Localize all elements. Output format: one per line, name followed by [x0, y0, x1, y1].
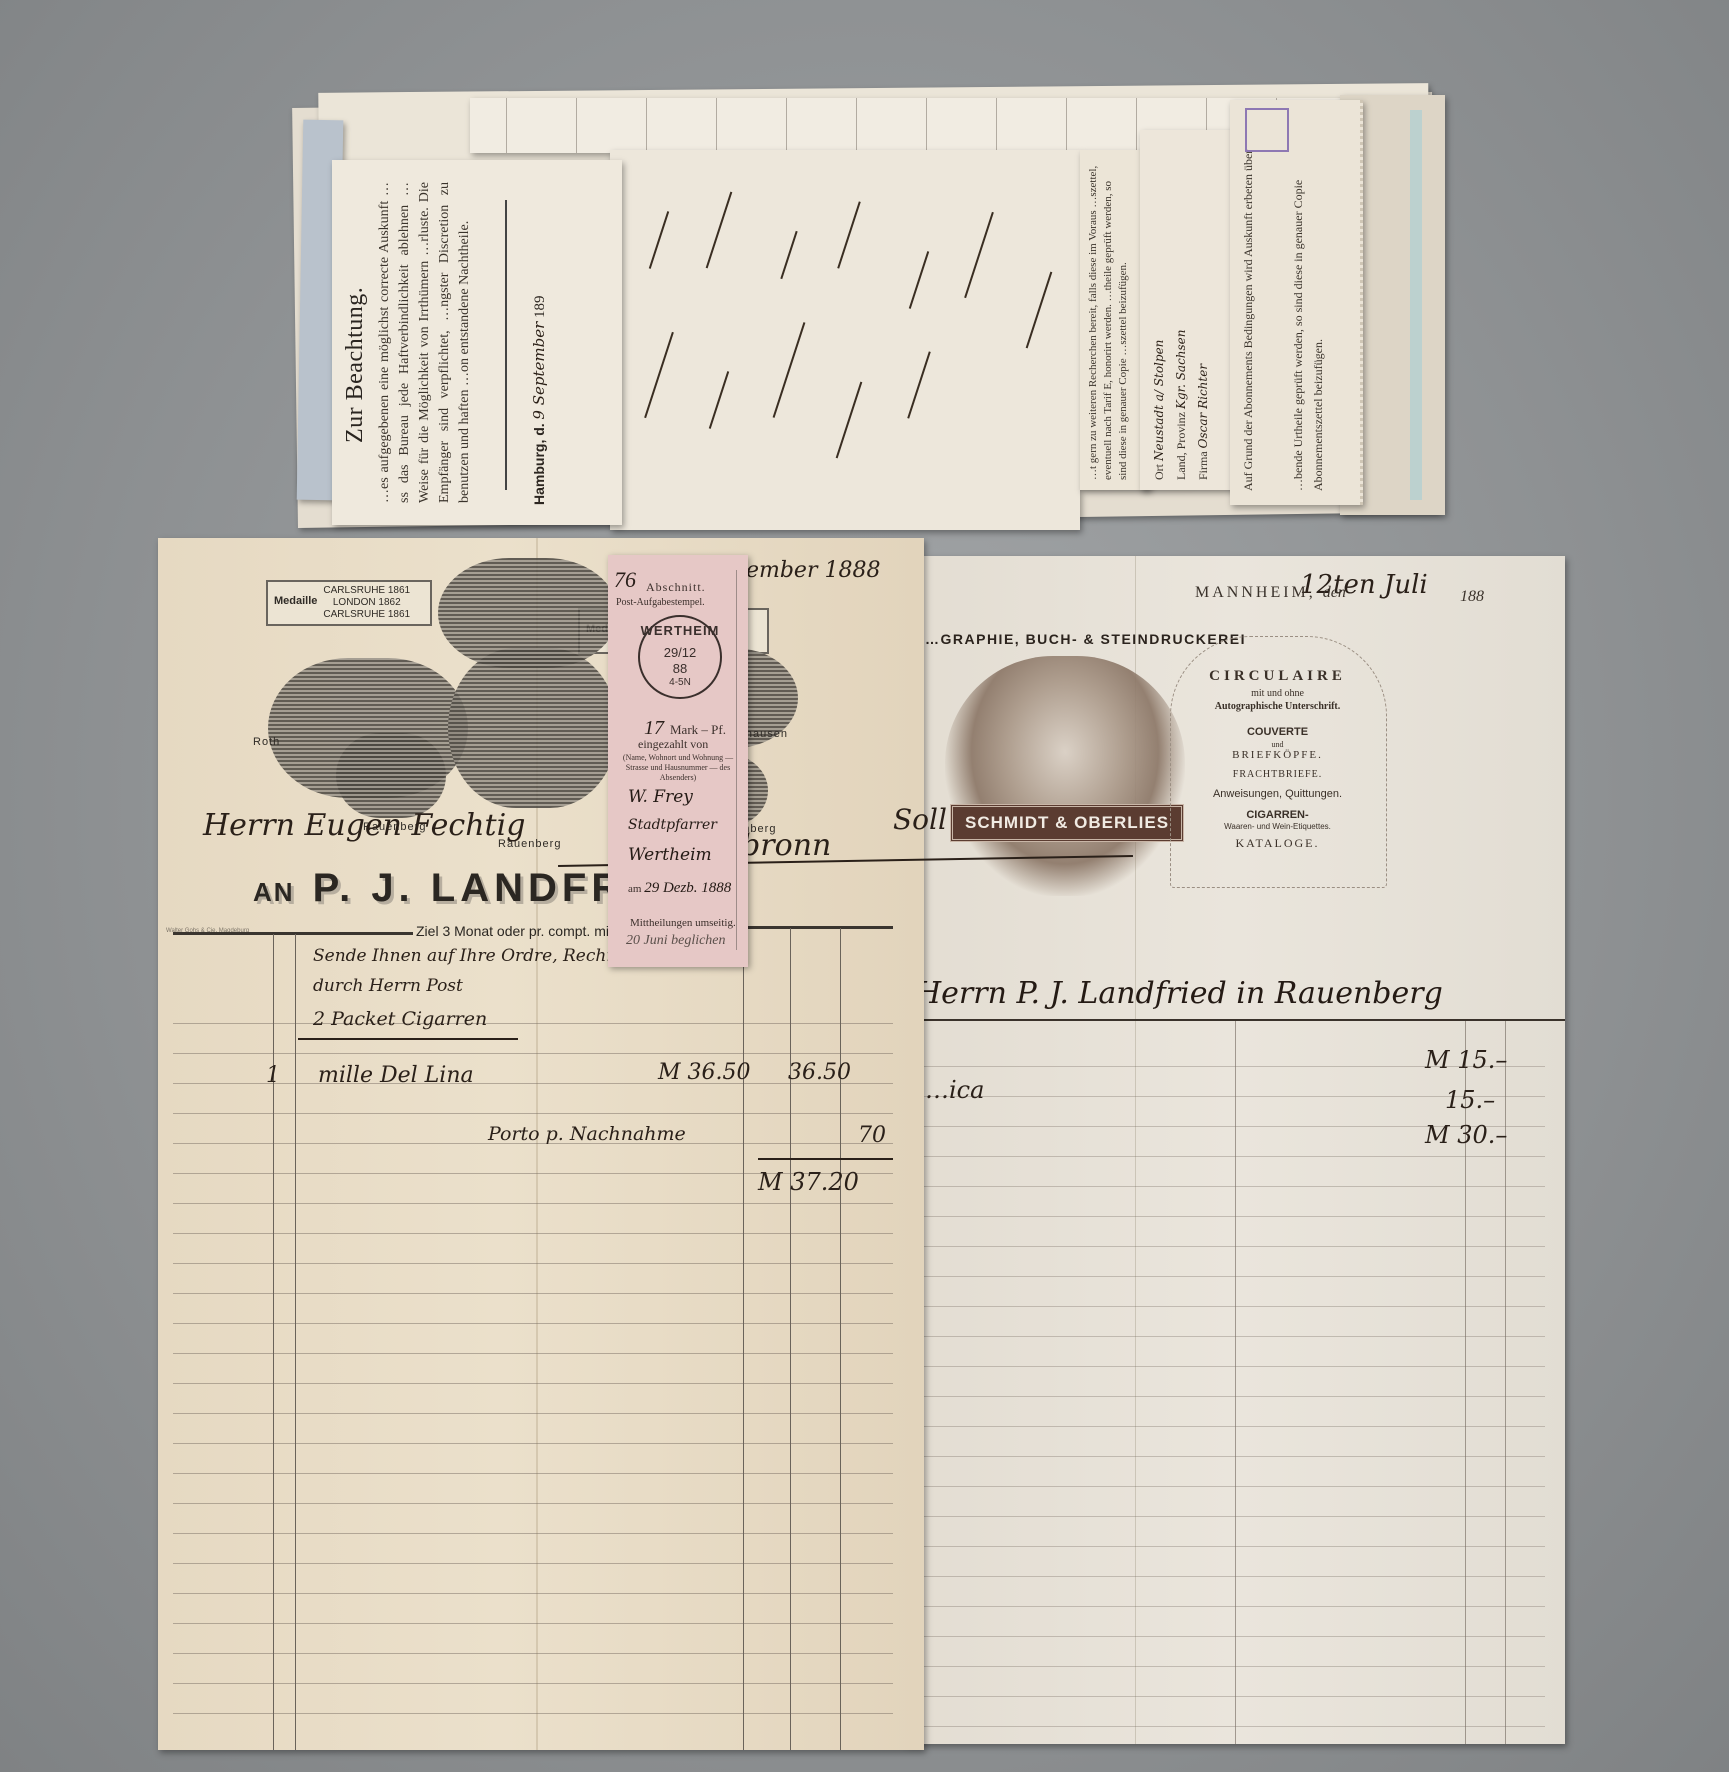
clause-text: …t gern zu weiteren Recherchen bereit, f…	[1087, 166, 1129, 480]
line-item-text: mille Del Lina	[318, 1063, 474, 1088]
printing-house-title: …GRAPHIE, BUCH- & STEINDRUCKEREI	[925, 631, 1246, 647]
label-province: Land, Provinz	[1174, 412, 1188, 480]
postal-receipt: 76 Abschnitt. Post-Aufgabestempel. WERTH…	[608, 555, 748, 967]
notes-hw: 20 Juni beglichen	[626, 933, 726, 949]
label-ort: Ort	[1152, 464, 1166, 480]
line-qty: 1	[266, 1063, 280, 1088]
service-item: Anweisungen, Quittungen.	[1170, 788, 1385, 800]
total-rule	[758, 1158, 893, 1160]
service-item: BRIEFKÖPFE.	[1170, 749, 1385, 761]
packages-underline	[298, 1038, 518, 1040]
place-line: MANNHEIM, den	[1195, 584, 1346, 602]
medal-banner-left: Medaille CARLSRUHE 1861 LONDON 1862 CARL…	[266, 580, 432, 626]
vignette-label: Roth	[253, 736, 280, 748]
value-firm: Oscar Richter	[1196, 364, 1210, 448]
receipt-subheading: Post-Aufgabestempel.	[616, 597, 705, 608]
notice-title: Zur Beachtung.	[342, 182, 369, 443]
value-province: Kgr. Sachsen	[1174, 329, 1188, 409]
line-item-amount: M 15.–	[1425, 1046, 1507, 1074]
invoice-total: M 37.20	[758, 1168, 859, 1196]
line-item-amount: 15.–	[1445, 1086, 1495, 1114]
year-prefix: 188	[1460, 588, 1484, 606]
column-line	[840, 928, 841, 1750]
service-item: KATALOGE.	[1170, 836, 1385, 851]
back-form-clause: …bende Urtheile geprüft werden, so sind …	[1288, 114, 1328, 491]
receipt-number-hw: 76	[614, 567, 636, 593]
service-item: CIGARREN-	[1170, 809, 1385, 821]
paid-in-label: eingezahlt von	[638, 737, 708, 752]
year: 189	[532, 295, 548, 318]
divider-line	[505, 200, 507, 490]
notes-label: Mittheilungen umseitig.	[630, 917, 736, 929]
line-postage: Porto p. Nachnahme	[488, 1123, 686, 1145]
recipient-name-hw: Eugen Fechtig	[304, 808, 525, 843]
medal-entry: LONDON 1862	[323, 597, 410, 609]
paid-in-note: (Name, Wohnort und Wohnung — Strasse und…	[614, 753, 742, 783]
line-carrier: durch Herrn Post	[313, 976, 463, 996]
column-line	[273, 934, 274, 1750]
receipt-date: am 29 Dezb. 1888	[628, 880, 731, 897]
column-line	[295, 934, 296, 1750]
recipient-line: Herrn Eugen Fechtig	[203, 808, 525, 843]
amount-hw: 17	[644, 717, 664, 739]
place: MANNHEIM,	[1195, 584, 1316, 601]
line-item-text: …ica	[925, 1076, 984, 1104]
subscription-form: Auf Grund der Abonnements Bedingungen wi…	[1230, 100, 1363, 505]
factory-vignette-rauenberg	[336, 733, 446, 818]
invoice-year: 1888	[824, 558, 880, 583]
recipient-hw: Herrn P. J. Landfried in Rauenberg	[915, 976, 1443, 1011]
receipt-heading: Abschnitt.	[646, 580, 706, 595]
handwritten-letter	[610, 150, 1080, 530]
schmidt-oberlies-invoice: 12ten Juli MANNHEIM, den 188 …GRAPHIE, B…	[905, 556, 1565, 1744]
landfried-invoice: 29 December 1888 Medaille CARLSRUHE 1861…	[158, 538, 924, 1750]
firm-plaque: SCHMIDT & OBERLIES	[950, 804, 1184, 842]
service-item: Waaren- und Wein-Etiquettes.	[1170, 822, 1385, 831]
den-label: den	[1323, 584, 1346, 601]
line-packages: 2 Packet Cigarren	[313, 1008, 487, 1030]
service-item: Autographische Unterschrift.	[1170, 701, 1385, 712]
credit-inquiry-form: Ort Neustadt a/ Stolpen Land, Provinz Kg…	[1140, 130, 1235, 490]
service-item: FRACHTBRIEFE.	[1170, 769, 1385, 780]
medal-entry: CARLSRUHE 1861	[323, 609, 410, 621]
recipient-prefix: Herrn	[203, 808, 295, 843]
postmark-time: 4-5N	[640, 677, 720, 688]
angel-engraving	[945, 656, 1185, 896]
service-item: COUVERTE	[1170, 726, 1385, 738]
postmark-year: 88	[640, 661, 720, 676]
sender-name-hw: W. Frey	[628, 787, 693, 807]
column-line	[743, 928, 744, 1750]
sender-city-hw: Wertheim	[628, 845, 712, 865]
postmark-stamp: WERTHEIM 29/12 88 4-5N	[638, 615, 722, 699]
rule-left	[173, 932, 413, 935]
line-total: M 30.–	[1425, 1121, 1507, 1149]
value-ort: Neustadt a/ Stolpen	[1152, 340, 1166, 461]
date-label: am	[628, 883, 641, 895]
handwritten-date: 9 September	[530, 322, 548, 420]
hamburg-date-line: Hamburg, d. 9 September 189	[530, 175, 570, 505]
notice-card: Zur Beachtung. …es aufgegebenen eine mög…	[332, 160, 622, 525]
medal-entry: CARLSRUHE 1861	[323, 585, 410, 597]
label-firm: Firma	[1196, 451, 1210, 480]
postmark-city: WERTHEIM	[640, 623, 720, 638]
postmark-date: 29/12	[640, 645, 720, 660]
place-label: Hamburg, d.	[531, 423, 547, 505]
date-hw: 29 Dezb. 1888	[644, 880, 731, 896]
service-item: CIRCULAIRE	[1170, 668, 1385, 685]
sender-title-hw: Stadtpfarrer	[628, 817, 717, 833]
purple-stamp-box	[1245, 108, 1289, 152]
form-heading: Auf Grund der Abonnements Bedingungen wi…	[1238, 114, 1258, 491]
service-item: und	[1170, 740, 1385, 749]
line-amount: 36.50	[788, 1060, 851, 1085]
notice-body: …es aufgegebenen eine möglichst correcte…	[375, 182, 475, 503]
green-paper-edge	[1410, 110, 1422, 500]
factory-vignette-center	[448, 648, 618, 808]
amount-label: Mark – Pf.	[670, 722, 726, 737]
company-prefix: AN	[253, 877, 295, 907]
line-postage-amount: 70	[858, 1123, 886, 1148]
column-line	[790, 928, 791, 1750]
soll-label: Soll	[893, 803, 947, 836]
medal-label: Medaille	[274, 595, 317, 607]
service-item: mit und ohne	[1170, 688, 1385, 699]
line-unit-price: M 36.50	[658, 1060, 751, 1085]
